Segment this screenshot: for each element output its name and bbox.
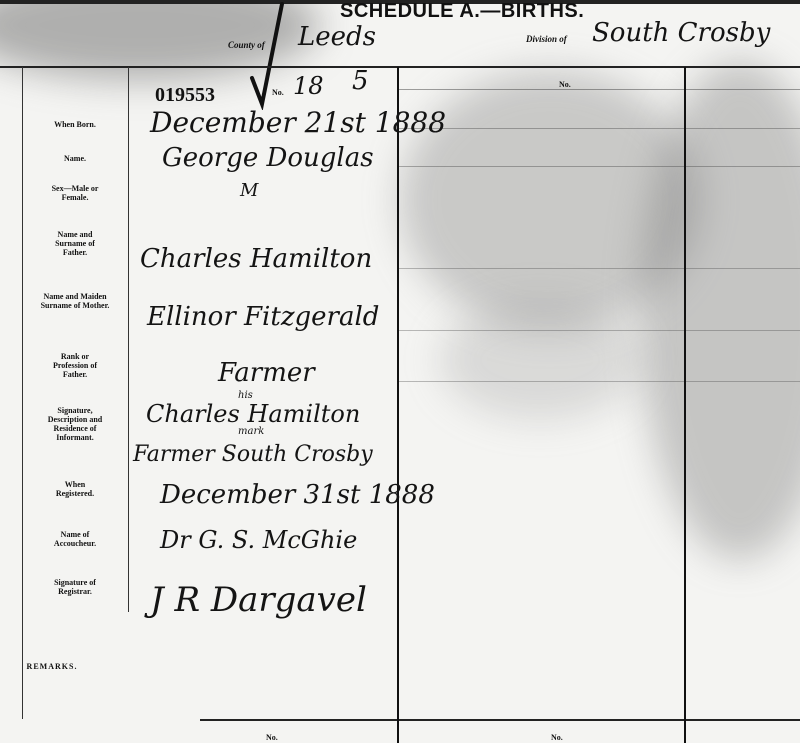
faint-rule: [397, 128, 800, 129]
value-registrar-signature: J R Dargavel: [150, 580, 367, 620]
stain: [440, 300, 640, 420]
label-registrar: Signature of Registrar.: [43, 578, 107, 596]
value-name: George Douglas: [162, 143, 374, 173]
value-informant: Charles Hamilton: [146, 400, 360, 428]
label-when-registered: When Registered.: [45, 480, 105, 498]
label-informant: Signature, Description and Residence of …: [39, 406, 111, 442]
label-name: Name.: [22, 154, 128, 163]
label-remarks: REMARKS.: [12, 662, 92, 671]
birth-register-page: SCHEDULE A.—BIRTHS. County of Leeds Divi…: [0, 0, 800, 743]
label-sex: Sex—Male or Female.: [40, 184, 110, 202]
header-rule: [0, 66, 800, 68]
column-rule-1: [397, 67, 399, 743]
registration-number: 019553: [155, 84, 215, 107]
label-father: Name and Surname of Father.: [45, 230, 105, 257]
faint-rule: [397, 268, 800, 269]
bottom-rule: [200, 719, 800, 721]
stain: [640, 60, 800, 560]
faint-rule: [397, 89, 800, 90]
value-profession: Farmer: [218, 358, 315, 388]
value-father: Charles Hamilton: [140, 244, 372, 274]
value-informant-mark-below: mark: [238, 426, 264, 437]
schedule-title: SCHEDULE A.—BIRTHS.: [340, 0, 584, 23]
label-mother: Name and Maiden Surname of Mother.: [35, 292, 115, 310]
division-value: South Crosby: [592, 18, 770, 48]
faint-rule: [397, 330, 800, 331]
value-sex: M: [240, 180, 258, 201]
col2-no-label: No.: [559, 80, 571, 89]
faint-rule: [397, 381, 800, 382]
value-accoucheur: Dr G. S. McGhie: [160, 526, 357, 554]
value-mother: Ellinor Fitzgerald: [147, 302, 379, 332]
value-when-born: December 21st 1888: [150, 106, 446, 139]
bottom-no-label-2: No.: [266, 733, 278, 742]
entry-suffix: 5: [352, 66, 369, 96]
value-when-registered: December 31st 1888: [160, 480, 435, 510]
entry-number: 18: [293, 72, 324, 100]
faint-rule: [397, 166, 800, 167]
label-accoucheur: Name of Accoucheur.: [45, 530, 105, 548]
column-rule-2: [684, 67, 686, 743]
value-informant-mark-above: his: [238, 390, 253, 401]
county-value: Leeds: [298, 22, 376, 52]
label-column-rule: [128, 67, 129, 612]
bottom-no-label-1: No.: [551, 733, 563, 742]
label-profession: Rank or Profession of Father.: [43, 352, 107, 379]
label-when-born: When Born.: [22, 120, 128, 129]
value-informant-residence: Farmer South Crosby: [133, 442, 373, 467]
division-label: Division of: [526, 34, 567, 44]
no-label: No.: [272, 88, 284, 97]
left-margin-rule: [22, 67, 23, 719]
